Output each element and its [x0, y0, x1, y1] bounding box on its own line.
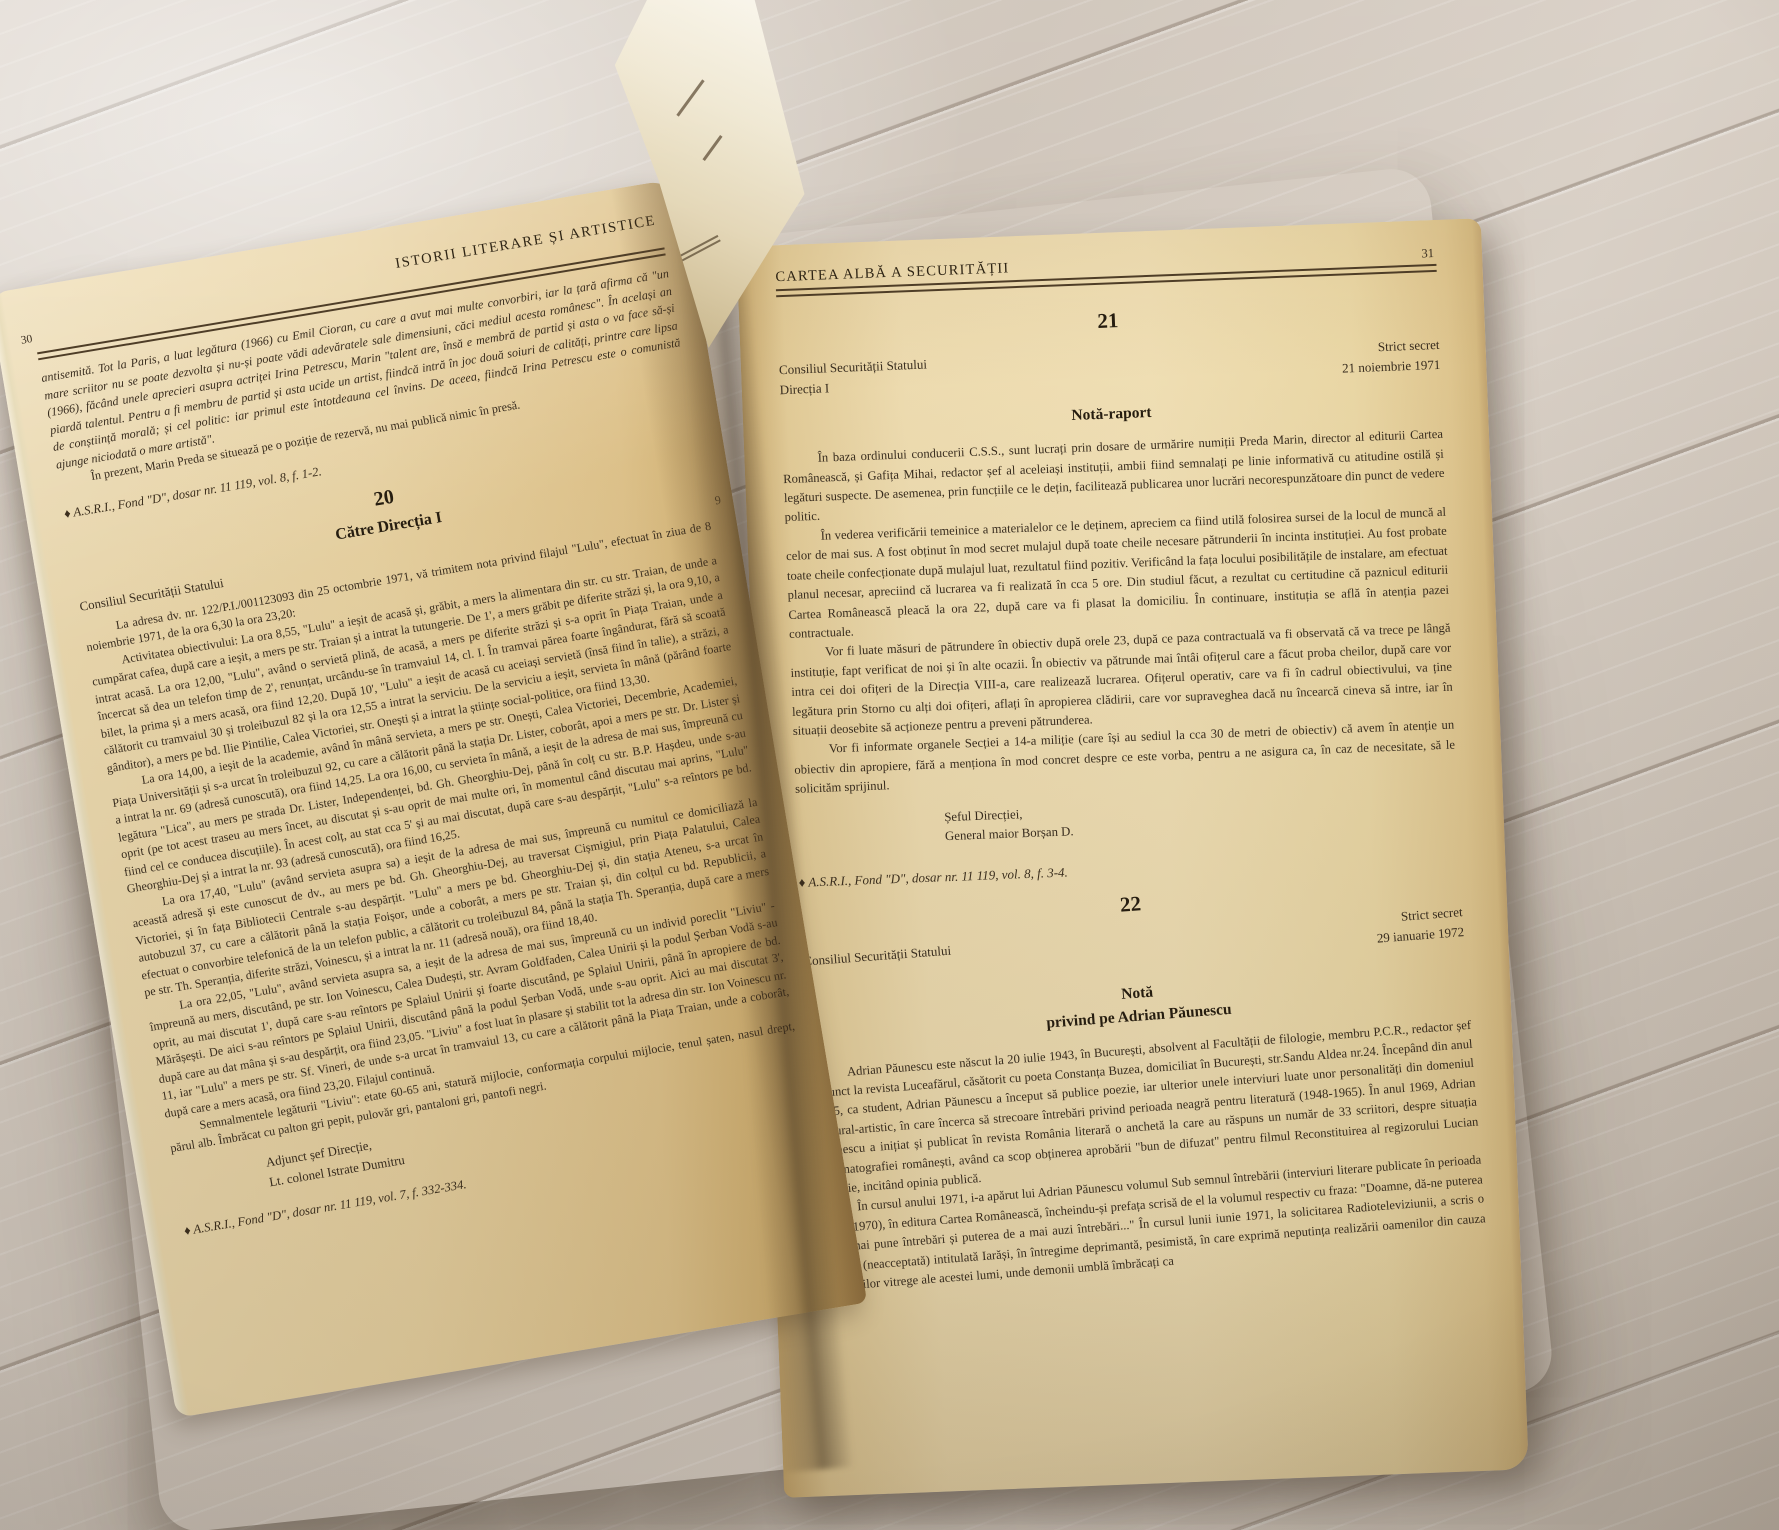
- page-number: 31: [1421, 246, 1436, 262]
- signature-block: Șeful Direcției, General maior Borșan D.: [944, 788, 1458, 847]
- right-page: CARTEA ALBĂ A SECURITĂȚII 31 21 Consiliu…: [736, 218, 1529, 1498]
- classification-block: Strict secret 29 ianuarie 1972: [1375, 902, 1465, 947]
- date-label: 21 noiembrie 1971: [1342, 354, 1441, 377]
- print-mark: [702, 135, 722, 161]
- document-21: 21 Consiliul Securității Statului Direcț…: [777, 296, 1459, 891]
- date-label: 9: [714, 492, 722, 508]
- right-page-content: CARTEA ALBĂ A SECURITĂȚII 31 21 Consiliu…: [736, 218, 1522, 1315]
- document-meta: Consiliul Securității Statului Direcția …: [779, 335, 1441, 399]
- classification-block: Strict secret 21 noiembrie 1971: [1341, 335, 1441, 378]
- page-number: 30: [20, 333, 33, 347]
- document-22: 22 Consiliul Securității Statului Strict…: [800, 867, 1488, 1297]
- book-photo-scene: 30 ISTORII LITERARE ȘI ARTISTICE antisem…: [0, 0, 1779, 1530]
- print-mark: [676, 79, 704, 116]
- running-header: ISTORII LITERARE ȘI ARTISTICE: [394, 213, 657, 273]
- org-line: Consiliul Securității Statului: [803, 941, 952, 972]
- org-block: Consiliul Securității Statului Direcția …: [779, 355, 928, 400]
- org-block: Consiliul Securității Statului: [803, 941, 954, 991]
